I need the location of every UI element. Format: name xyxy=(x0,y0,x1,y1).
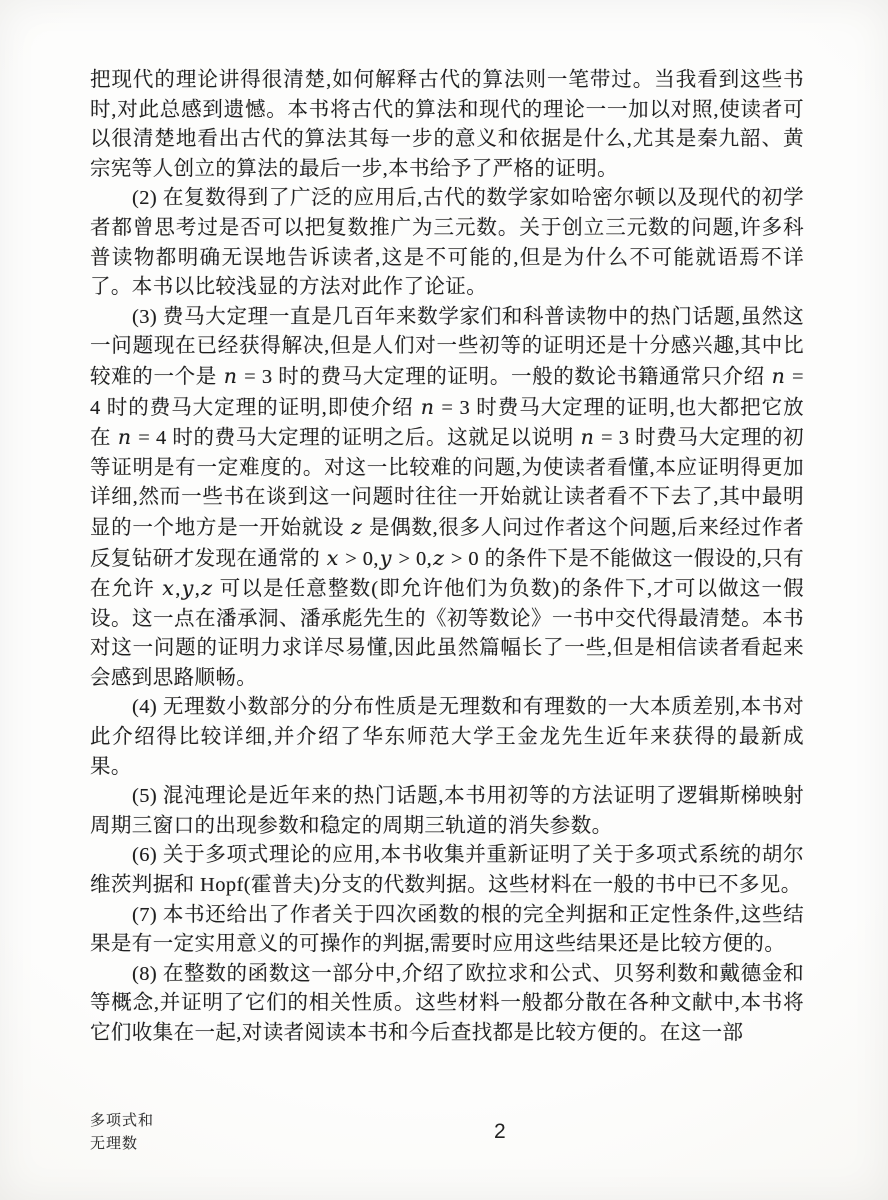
running-title-line-1: 多项式和 xyxy=(90,1110,154,1133)
body-paragraph-item-4: (4) 无理数小数部分的分布性质是无理数和有理数的一大本质差别,本书对此介绍得比… xyxy=(90,693,804,782)
body-paragraph-item-8: (8) 在整数的函数这一部分中,介绍了欧拉求和公式、贝努利数和戴德金和等概念,并… xyxy=(90,960,804,1049)
body-paragraph-item-6: (6) 关于多项式理论的应用,本书收集并重新证明了关于多项式系统的胡尔维茨判据和… xyxy=(90,841,804,900)
page-footer: 多项式和 无理数 2 xyxy=(0,1106,888,1176)
body-text-block: 把现代的理论讲得很清楚,如何解释古代的算法则一笔带过。当我看到这些书时,对此总感… xyxy=(90,66,804,1049)
body-paragraph-item-2: (2) 在复数得到了广泛的应用后,古代的数学家如哈密尔顿以及现代的初学者都曾思考… xyxy=(90,184,804,302)
running-title-line-2: 无理数 xyxy=(90,1133,154,1156)
body-paragraph-item-3: (3) 费马大定理一直是几百年来数学家们和科普读物中的热门话题,虽然这一问题现在… xyxy=(90,303,804,694)
scanned-book-page: 把现代的理论讲得很清楚,如何解释古代的算法则一笔带过。当我看到这些书时,对此总感… xyxy=(0,0,888,1200)
body-paragraph-item-5: (5) 混沌理论是近年来的热门话题,本书用初等的方法证明了逻辑斯梯映射周期三窗口… xyxy=(90,782,804,841)
running-title: 多项式和 无理数 xyxy=(90,1110,154,1156)
body-paragraph-item-7: (7) 本书还给出了作者关于四次函数的根的完全判据和正定性条件,这些结果是有一定… xyxy=(90,901,804,960)
body-paragraph-continuation: 把现代的理论讲得很清楚,如何解释古代的算法则一笔带过。当我看到这些书时,对此总感… xyxy=(90,66,804,184)
page-number: 2 xyxy=(494,1120,506,1144)
